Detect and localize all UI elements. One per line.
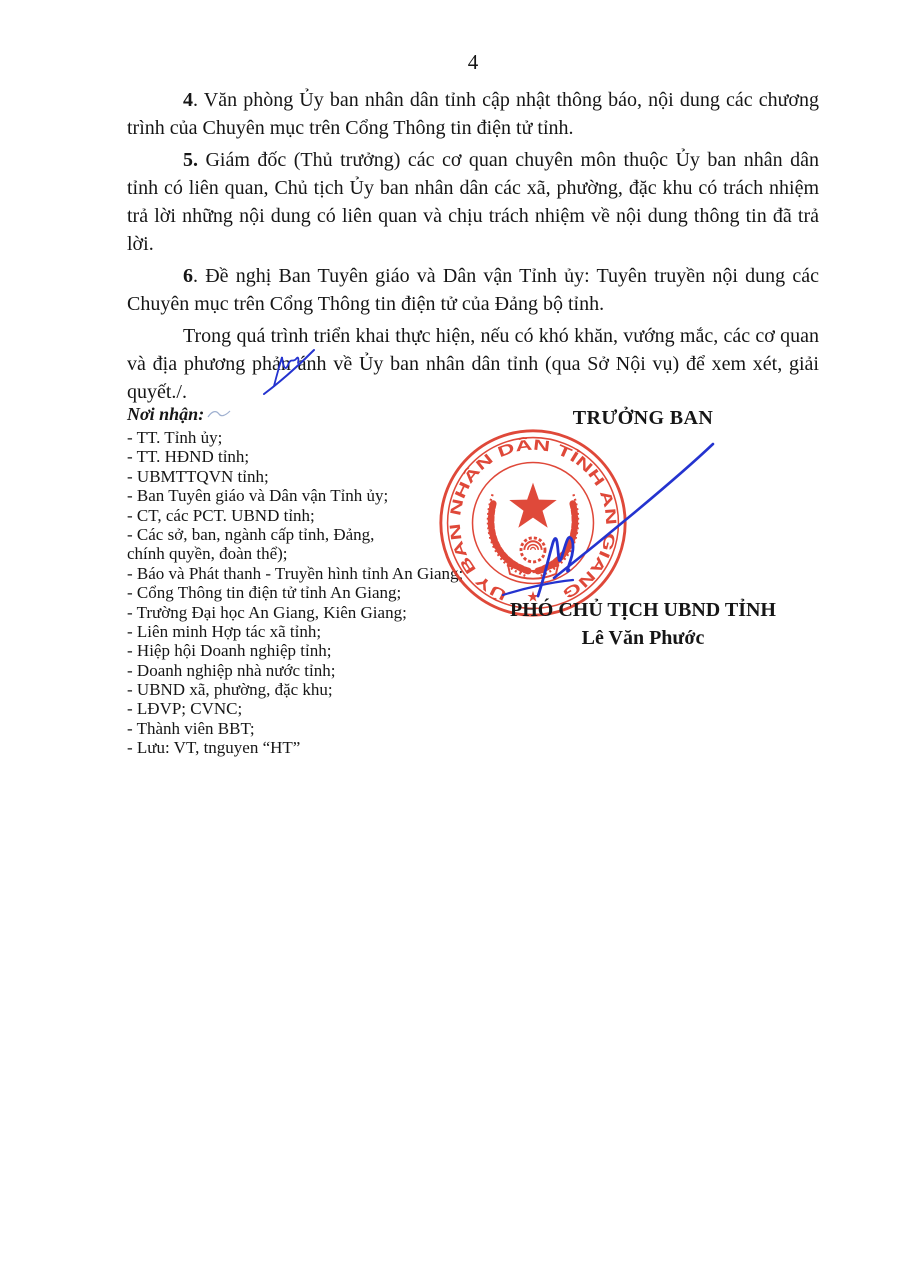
paraph-mark xyxy=(260,342,318,396)
recipient-line: - Lưu: VT, tnguyen “HT” xyxy=(127,738,507,757)
paragraph-4: 4. Văn phòng Ủy ban nhân dân tỉnh cập nh… xyxy=(127,86,819,142)
recipient-line: - UBND xã, phường, đặc khu; xyxy=(127,680,507,699)
paragraph-5-lead: 5. xyxy=(183,149,198,171)
document-page: 4 4. Văn phòng Ủy ban nhân dân tỉnh cập … xyxy=(0,0,904,1280)
paragraph-4-lead: 4 xyxy=(183,89,193,111)
paragraph-5-text: Giám đốc (Thủ trưởng) các cơ quan chuyên… xyxy=(127,149,819,255)
paragraph-6-lead: 6 xyxy=(183,265,193,287)
document-body: 4. Văn phòng Ủy ban nhân dân tỉnh cập nh… xyxy=(127,86,819,406)
recipient-line: - Liên minh Hợp tác xã tỉnh; xyxy=(127,622,507,641)
paragraph-5: 5. Giám đốc (Thủ trưởng) các cơ quan chu… xyxy=(127,146,819,258)
signer-name: Lê Văn Phước xyxy=(470,627,816,650)
recipients-label: Nơi nhận: xyxy=(127,404,204,424)
closing-paragraph: Trong quá trình triển khai thực hiện, nế… xyxy=(127,322,819,406)
paragraph-6-text: . Đề nghị Ban Tuyên giáo và Dân vận Tỉnh… xyxy=(127,265,819,315)
recipient-line: - Hiệp hội Doanh nghiệp tỉnh; xyxy=(127,641,507,660)
recipients-header: Nơi nhận: xyxy=(127,405,507,428)
recipient-line: - LĐVP; CVNC; xyxy=(127,699,507,718)
closing-paragraph-text: Trong quá trình triển khai thực hiện, nế… xyxy=(127,325,819,403)
signature xyxy=(470,428,730,608)
recipient-line: - Doanh nghiệp nhà nước tỉnh; xyxy=(127,661,507,680)
paragraph-6: 6. Đề nghị Ban Tuyên giáo và Dân vận Tỉn… xyxy=(127,262,819,318)
paragraph-4-text: . Văn phòng Ủy ban nhân dân tỉnh cập nhậ… xyxy=(127,89,819,139)
small-scribble-mark xyxy=(206,408,232,420)
page-number: 4 xyxy=(127,50,819,75)
recipient-line: - Thành viên BBT; xyxy=(127,719,507,738)
